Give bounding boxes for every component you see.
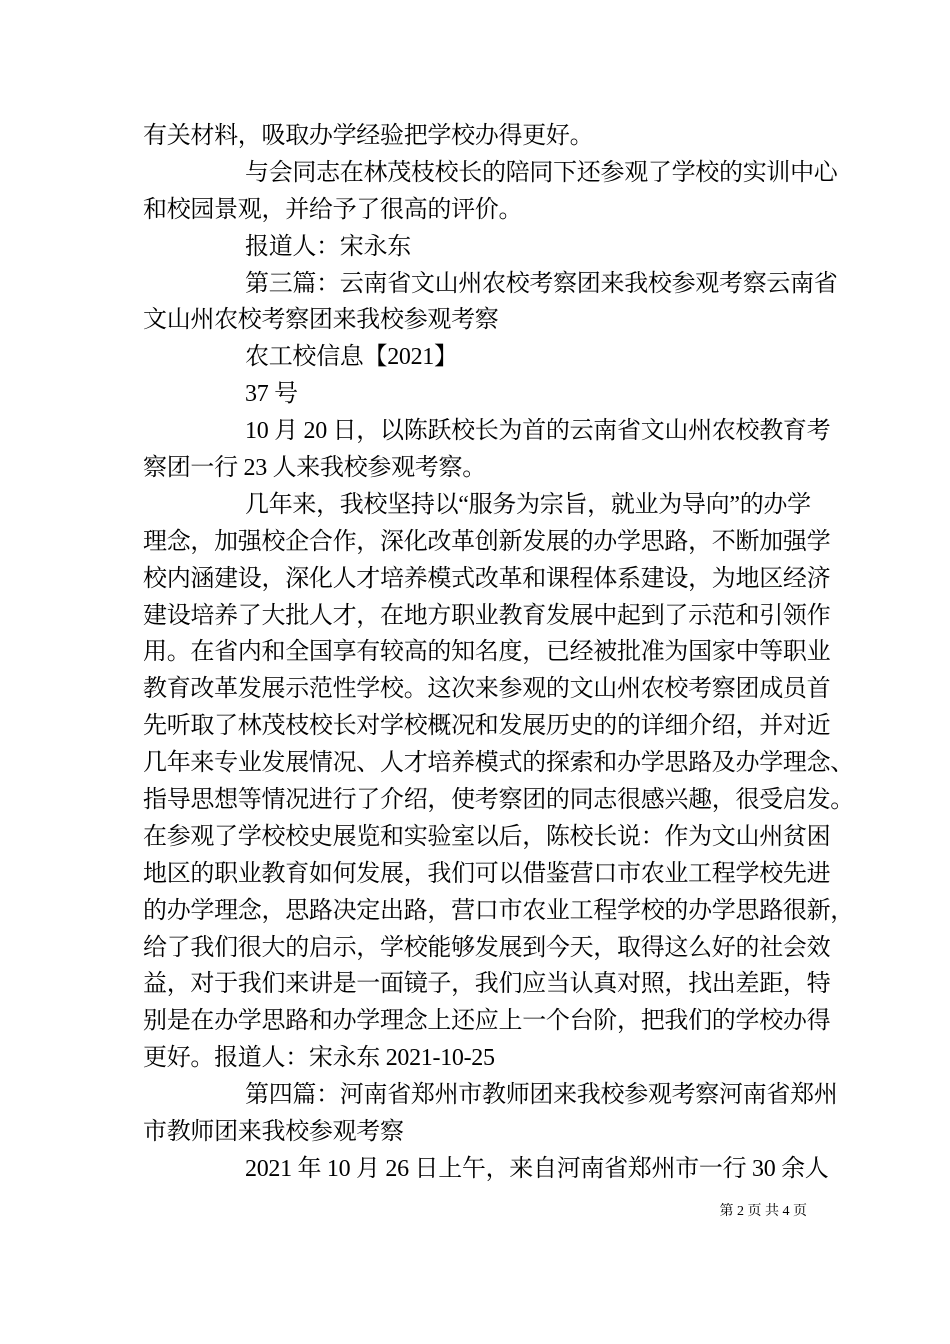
text-line: 有关材料，吸取办学经验把学校办得更好。 [143,118,807,155]
text-line: 第三篇：云南省文山州农校考察团来我校参观考察云南省 [143,266,807,303]
text-line: 10 月 20 日，以陈跃校长为首的云南省文山州农校教育考 [143,413,807,450]
page-number-footer: 第 2 页 共 4 页 [143,1200,807,1224]
text-line: 的办学理念，思路决定出路，营口市农业工程学校的办学思路很新， [143,893,807,930]
text-line: 用。在省内和全国享有较高的知名度，已经被批准为国家中等职业 [143,634,807,671]
text-line: 教育改革发展示范性学校。这次来参观的文山州农校考察团成员首 [143,671,807,708]
text-line: 校内涵建设，深化人才培养模式改革和课程体系建设，为地区经济 [143,561,807,598]
text-line: 与会同志在林茂枝校长的陪同下还参观了学校的实训中心 [143,155,807,192]
text-line: 建设培养了大批人才，在地方职业教育发展中起到了示范和引领作 [143,598,807,635]
text-line: 几年来专业发展情况、人才培养模式的探索和办学思路及办学理念、 [143,745,807,782]
text-line: 先听取了林茂枝校长对学校概况和发展历史的的详细介绍，并对近 [143,708,807,745]
text-line: 指导思想等情况进行了介绍，使考察团的同志很感兴趣，很受启发。 [143,782,807,819]
text-line: 2021 年 10 月 26 日上午，来自河南省郑州市一行 30 余人 [143,1151,807,1188]
document-body: 有关材料，吸取办学经验把学校办得更好。与会同志在林茂枝校长的陪同下还参观了学校的… [143,118,807,1188]
text-line: 在参观了学校校史展览和实验室以后，陈校长说：作为文山州贫困 [143,819,807,856]
text-line: 37 号 [143,376,807,413]
text-line: 给了我们很大的启示，学校能够发展到今天，取得这么好的社会效 [143,930,807,967]
text-line: 理念，加强校企合作，深化改革创新发展的办学思路，不断加强学 [143,524,807,561]
text-line: 几年来，我校坚持以“服务为宗旨，就业为导向”的办学 [143,487,807,524]
text-line: 报道人：宋永东 [143,229,807,266]
text-line: 文山州农校考察团来我校参观考察 [143,302,807,339]
text-line: 和校园景观，并给予了很高的评价。 [143,192,807,229]
text-line: 第四篇：河南省郑州市教师团来我校参观考察河南省郑州 [143,1077,807,1114]
text-line: 益，对于我们来讲是一面镜子，我们应当认真对照，找出差距，特 [143,966,807,1003]
document-page: 有关材料，吸取办学经验把学校办得更好。与会同志在林茂枝校长的陪同下还参观了学校的… [0,0,950,1344]
text-line: 农工校信息【2021】 [143,339,807,376]
text-line: 察团一行 23 人来我校参观考察。 [143,450,807,487]
text-line: 更好。报道人：宋永东 2021-10-25 [143,1040,807,1077]
text-line: 地区的职业教育如何发展，我们可以借鉴营口市农业工程学校先进 [143,856,807,893]
text-line: 市教师团来我校参观考察 [143,1114,807,1151]
text-line: 别是在办学思路和办学理念上还应上一个台阶，把我们的学校办得 [143,1003,807,1040]
